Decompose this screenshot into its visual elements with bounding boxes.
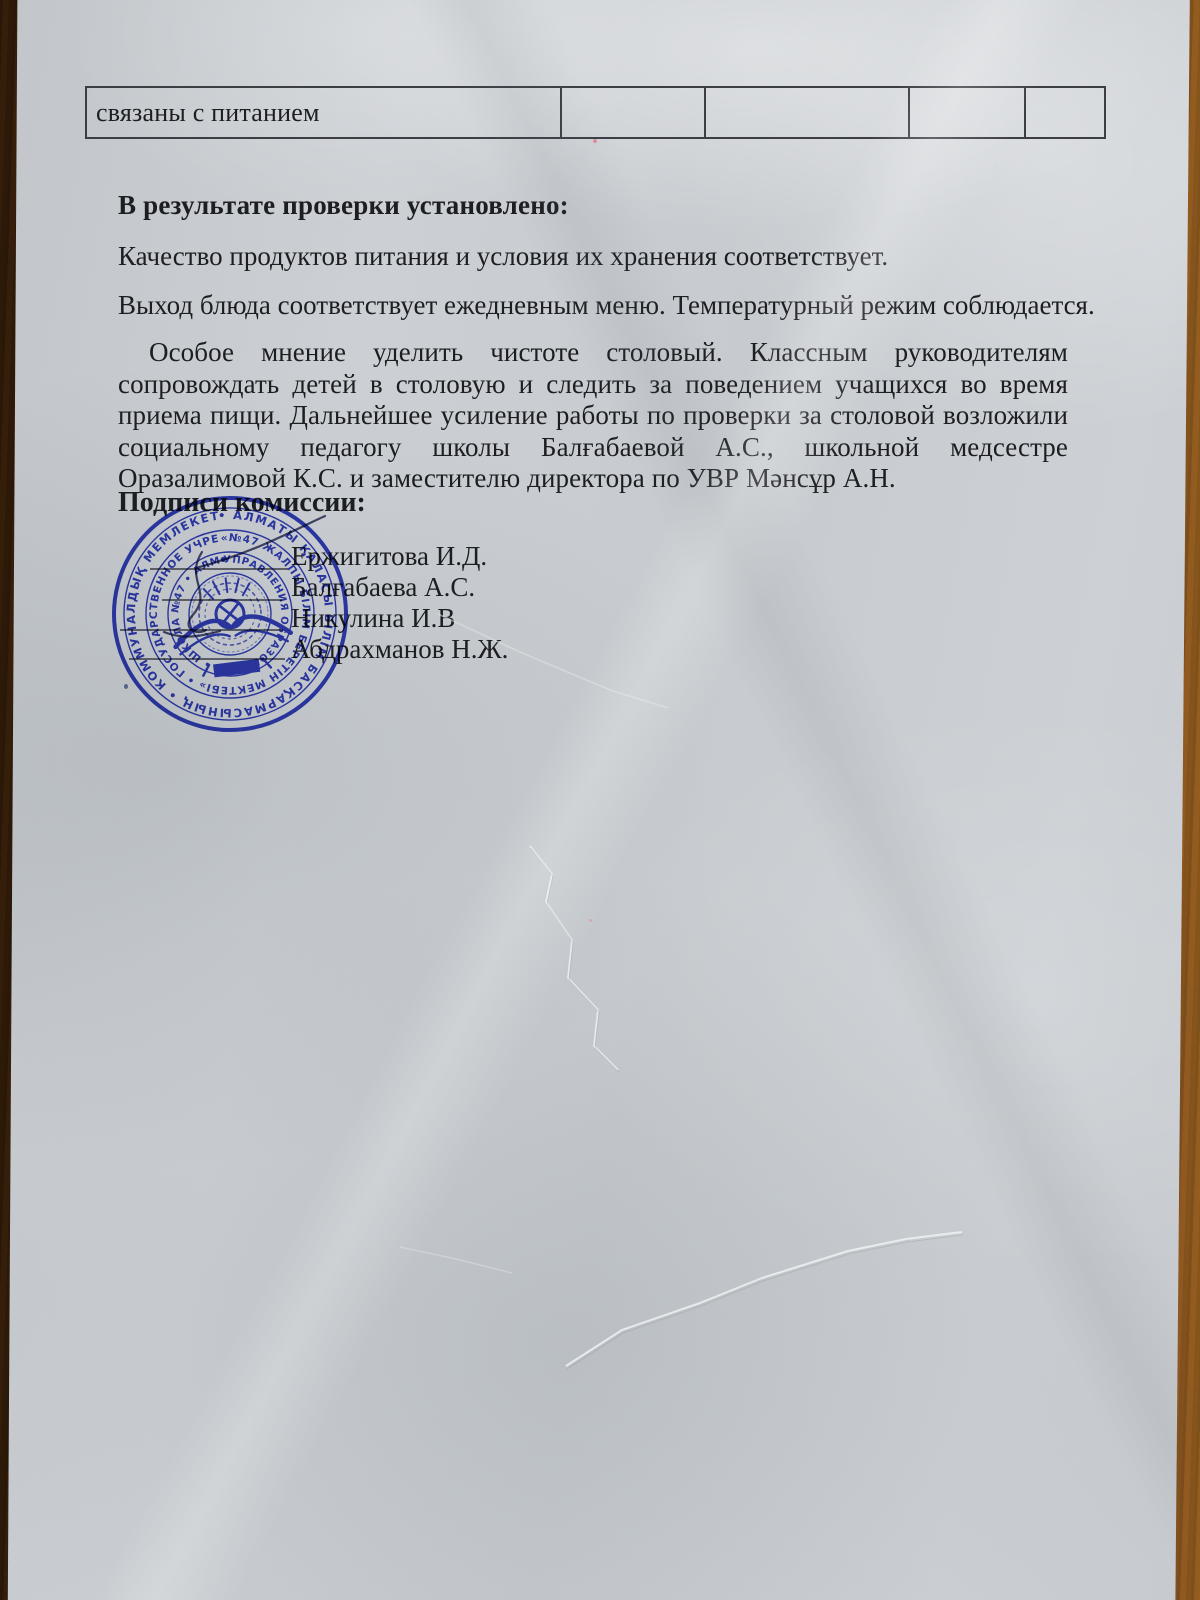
photo-of-document: связаны с питанием В результате проверки…	[0, 0, 1200, 1600]
table-cell-empty	[910, 88, 1026, 137]
paper-sheet: связаны с питанием В результате проверки…	[0, 0, 1200, 1600]
pink-speck	[589, 919, 592, 922]
table-cell-empty	[1026, 88, 1104, 137]
table-row-fragment: связаны с питанием	[85, 86, 1106, 139]
table-cell-empty	[562, 88, 706, 137]
paragraph-quality: Качество продуктов питания и условия их …	[118, 241, 888, 272]
handwritten-signature-icon	[100, 480, 420, 710]
ink-dot	[124, 684, 128, 689]
table-cell-empty	[706, 88, 910, 137]
paper-crease-marks	[0, 0, 1200, 1600]
table-row-label: связаны с питанием	[96, 98, 320, 128]
paragraph-menu: Выход блюда соответствует ежедневным мен…	[118, 290, 1095, 321]
findings-heading: В результате проверки установлено:	[118, 190, 569, 221]
paragraph-recommendations: Особое мнение уделить чистоте столовый. …	[118, 337, 1068, 495]
pink-speck	[593, 139, 597, 143]
table-cell-text: связаны с питанием	[87, 88, 562, 137]
